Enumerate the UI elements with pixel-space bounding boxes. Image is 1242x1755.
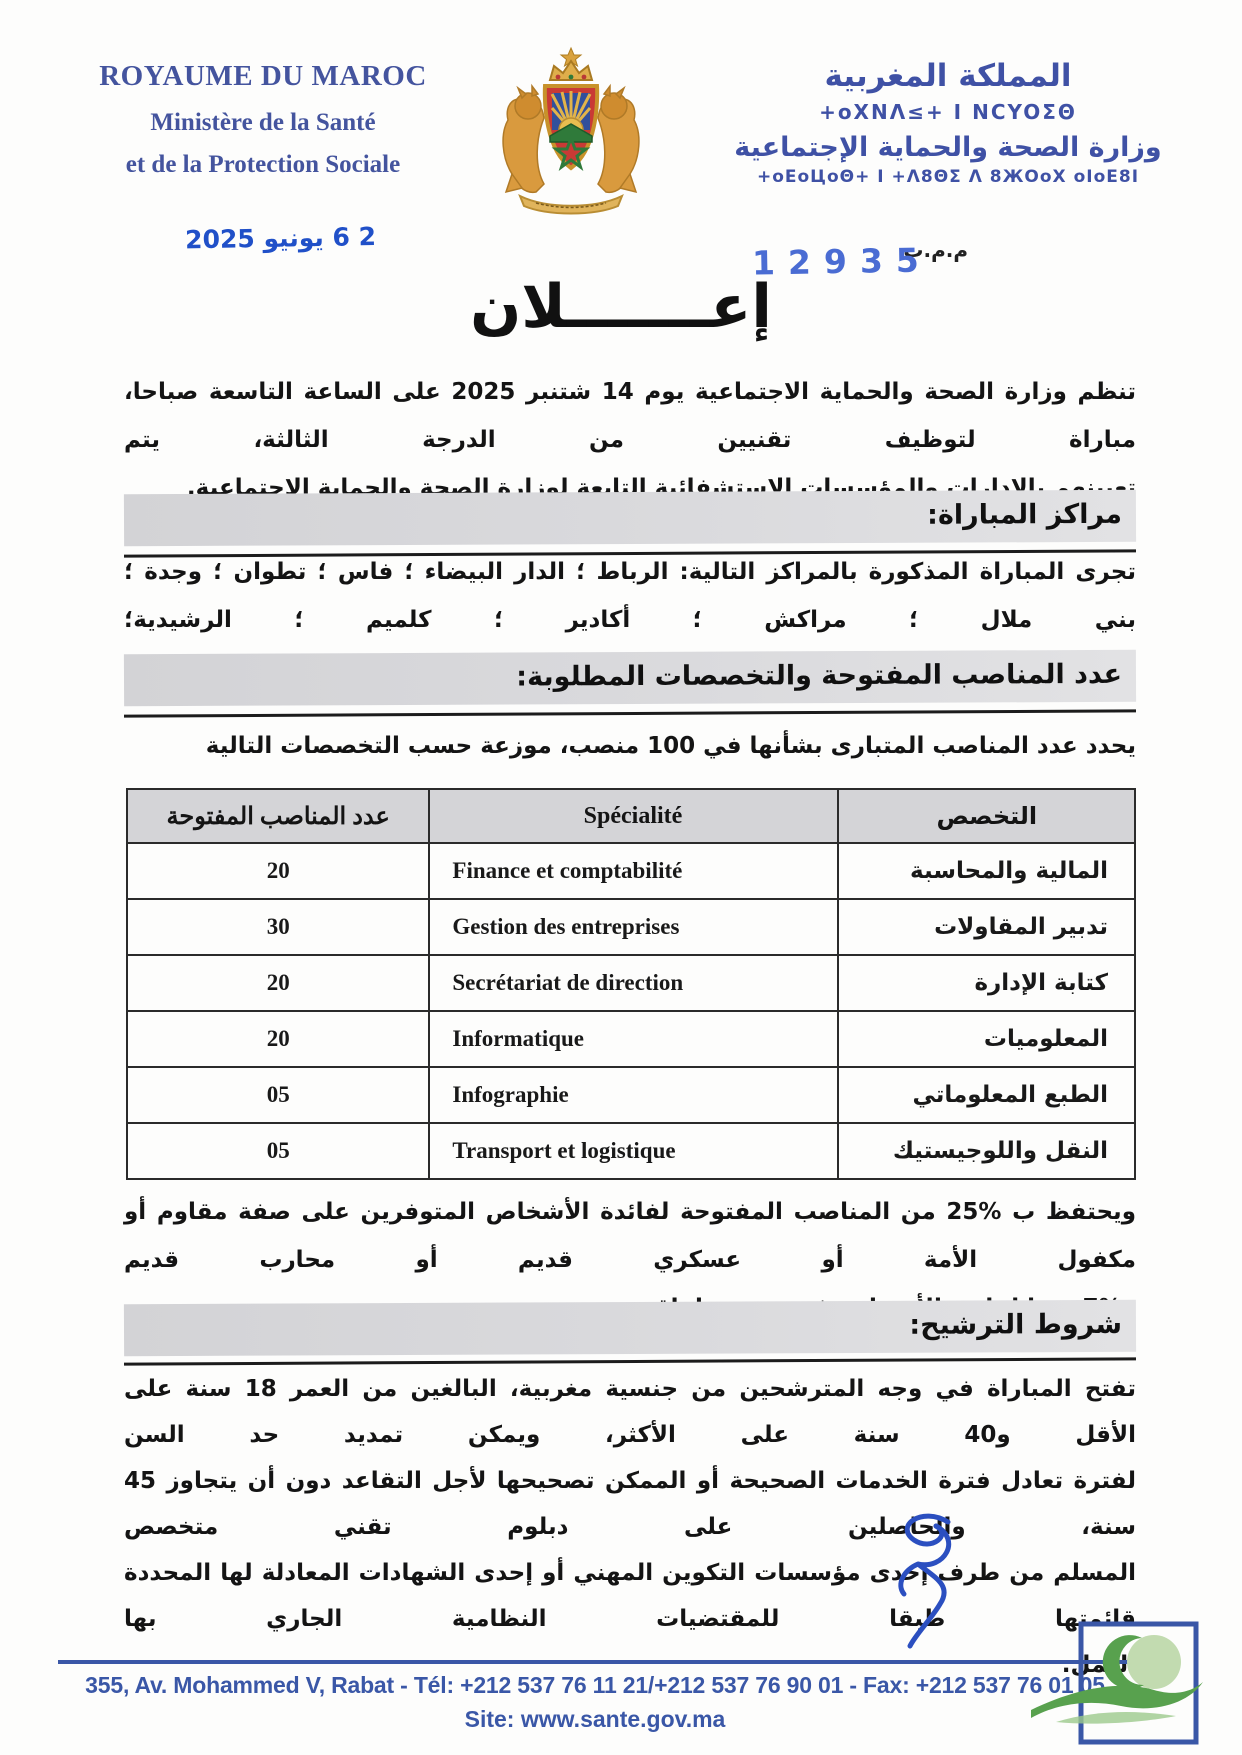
footer-website: Site: www.sante.gov.ma: [30, 1706, 1160, 1733]
table-row: 20 Finance et comptabilité المالية والمح…: [127, 843, 1135, 899]
ministry-logo-icon: [1026, 1618, 1206, 1750]
table-header-row: عدد المناصب المفتوحة Spécialité التخصص: [127, 789, 1135, 843]
intro-line-1: تنظم وزارة الصحة والحماية الاجتماعية يوم…: [124, 368, 1136, 464]
header-french: ROYAUME DU MAROC Ministère de la Santé e…: [58, 60, 468, 179]
conditions-line-3: المسلم من طرف إحدى مؤسسات التكوين المهني…: [124, 1550, 1136, 1642]
quota-line-1: ويحتفظ ب %25 من المناصب المفتوحة لفائدة …: [124, 1188, 1136, 1284]
kingdom-title-ar: المملكة المغربية: [698, 58, 1198, 94]
col-header-specialty-ar: التخصص: [838, 789, 1135, 843]
section-heading-positions: عدد المناصب المفتوحة والتخصصات المطلوبة:: [124, 650, 1136, 706]
ministry-title-ar: وزارة الصحة والحماية الإجتماعية: [698, 132, 1198, 163]
kingdom-title-fr: ROYAUME DU MAROC: [58, 60, 468, 93]
header-arabic: المملكة المغربية +oXNΛ≤+ I NCYOΣΘ وزارة …: [698, 58, 1198, 187]
section-divider: [124, 1357, 1136, 1365]
footer-divider: [58, 1660, 1128, 1664]
date-stamp: 2 6 يونيو 2025: [146, 222, 376, 255]
page-title: إعـــــــلان: [0, 272, 1242, 342]
positions-table: عدد المناصب المفتوحة Spécialité التخصص 2…: [126, 788, 1136, 1180]
signature-icon: [852, 1500, 982, 1650]
table-row: 30 Gestion des entreprises تدبير المقاول…: [127, 899, 1135, 955]
kingdom-title-tifinagh: +oXNΛ≤+ I NCYOΣΘ: [698, 100, 1198, 124]
section-divider: [124, 709, 1136, 717]
document-page: ROYAUME DU MAROC Ministère de la Santé e…: [0, 0, 1242, 1755]
ministry-title-fr-2: et de la Protection Sociale: [58, 151, 468, 179]
ministry-title-fr-1: Ministère de la Santé: [58, 109, 468, 137]
conditions-paragraph: تفتح المباراة في وجه المترشحين من جنسية …: [124, 1366, 1136, 1688]
section-heading-conditions: شروط الترشيح:: [124, 1300, 1136, 1356]
centers-line-1: تجرى المباراة المذكورة بالمراكز التالية:…: [124, 548, 1136, 644]
ministry-title-tifinagh: +oEoЦoΘ+ I +Λ8ΘΣ Λ 8ЖOoX oIoE8I: [698, 167, 1198, 187]
col-header-count: عدد المناصب المفتوحة: [127, 789, 429, 843]
positions-intro: يحدد عدد المناصب المتبارى بشأنها في 100 …: [124, 722, 1136, 770]
table-row: 20 Informatique المعلوميات: [127, 1011, 1135, 1067]
table-row: 20 Secrétariat de direction كتابة الإدار…: [127, 955, 1135, 1011]
footer-address: 355, Av. Mohammed V, Rabat - Tél: +212 5…: [30, 1672, 1160, 1699]
col-header-specialty-fr: Spécialité: [429, 789, 837, 843]
table-row: 05 Transport et logistique النقل واللوجي…: [127, 1123, 1135, 1179]
morocco-coat-of-arms-icon: [492, 46, 650, 218]
table-row: 05 Infographie الطبع المعلوماتي: [127, 1067, 1135, 1123]
conditions-line-2: لفترة تعادل فترة الخدمات الصحيحة أو المم…: [124, 1458, 1136, 1550]
conditions-line-1: تفتح المباراة في وجه المترشحين من جنسية …: [124, 1366, 1136, 1458]
section-heading-centers: مراكز المباراة:: [124, 490, 1136, 546]
